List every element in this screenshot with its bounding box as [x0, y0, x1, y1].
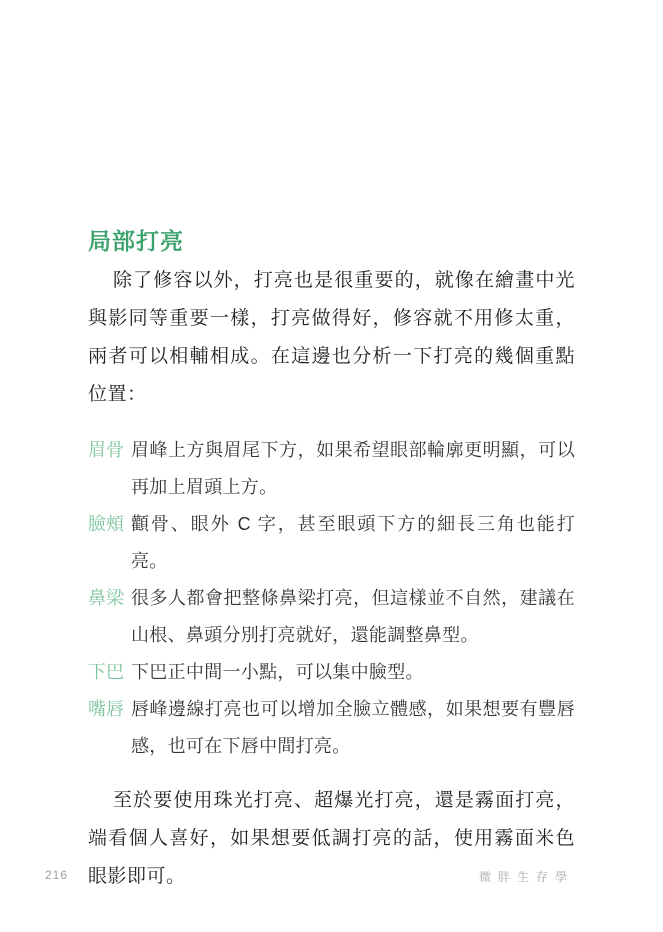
point-description: 很多人都會把整條鼻梁打亮，但這樣並不自然，建議在山根、鼻頭分別打亮就好，還能調整… [131, 580, 575, 654]
point-description: 顴骨、眼外 C 字，甚至眼頭下方的細長三角也能打亮。 [131, 506, 575, 580]
point-label: 嘴唇 [88, 691, 131, 728]
point-description: 眉峰上方與眉尾下方，如果希望眼部輪廓更明顯，可以再加上眉頭上方。 [131, 432, 575, 506]
highlight-points-list: 眉骨 眉峰上方與眉尾下方，如果希望眼部輪廓更明顯，可以再加上眉頭上方。 臉頰 顴… [88, 432, 575, 765]
list-item: 眉骨 眉峰上方與眉尾下方，如果希望眼部輪廓更明顯，可以再加上眉頭上方。 [88, 432, 575, 506]
list-item: 鼻梁 很多人都會把整條鼻梁打亮，但這樣並不自然，建議在山根、鼻頭分別打亮就好，還… [88, 580, 575, 654]
point-label: 下巴 [88, 654, 131, 691]
list-item: 嘴唇 唇峰邊線打亮也可以增加全臉立體感，如果想要有豐唇感，也可在下唇中間打亮。 [88, 691, 575, 765]
point-label: 鼻梁 [88, 580, 131, 617]
list-item: 臉頰 顴骨、眼外 C 字，甚至眼頭下方的細長三角也能打亮。 [88, 506, 575, 580]
page-footer: 216 微胖生存學 [0, 868, 663, 888]
point-label: 臉頰 [88, 506, 131, 543]
book-title: 微胖生存學 [479, 868, 574, 885]
point-description: 下巴正中間一小點，可以集中臉型。 [131, 654, 575, 691]
point-description: 唇峰邊線打亮也可以增加全臉立體感，如果想要有豐唇感，也可在下唇中間打亮。 [131, 691, 575, 765]
list-item: 下巴 下巴正中間一小點，可以集中臉型。 [88, 654, 575, 691]
book-page: 局部打亮 除了修容以外，打亮也是很重要的，就像在繪畫中光與影同等重要一樣，打亮做… [0, 0, 663, 932]
point-label: 眉骨 [88, 432, 131, 469]
page-content: 局部打亮 除了修容以外，打亮也是很重要的，就像在繪畫中光與影同等重要一樣，打亮做… [0, 0, 663, 896]
section-heading: 局部打亮 [88, 228, 575, 254]
intro-paragraph: 除了修容以外，打亮也是很重要的，就像在繪畫中光與影同等重要一樣，打亮做得好，修容… [88, 262, 575, 414]
page-number: 216 [45, 868, 68, 882]
